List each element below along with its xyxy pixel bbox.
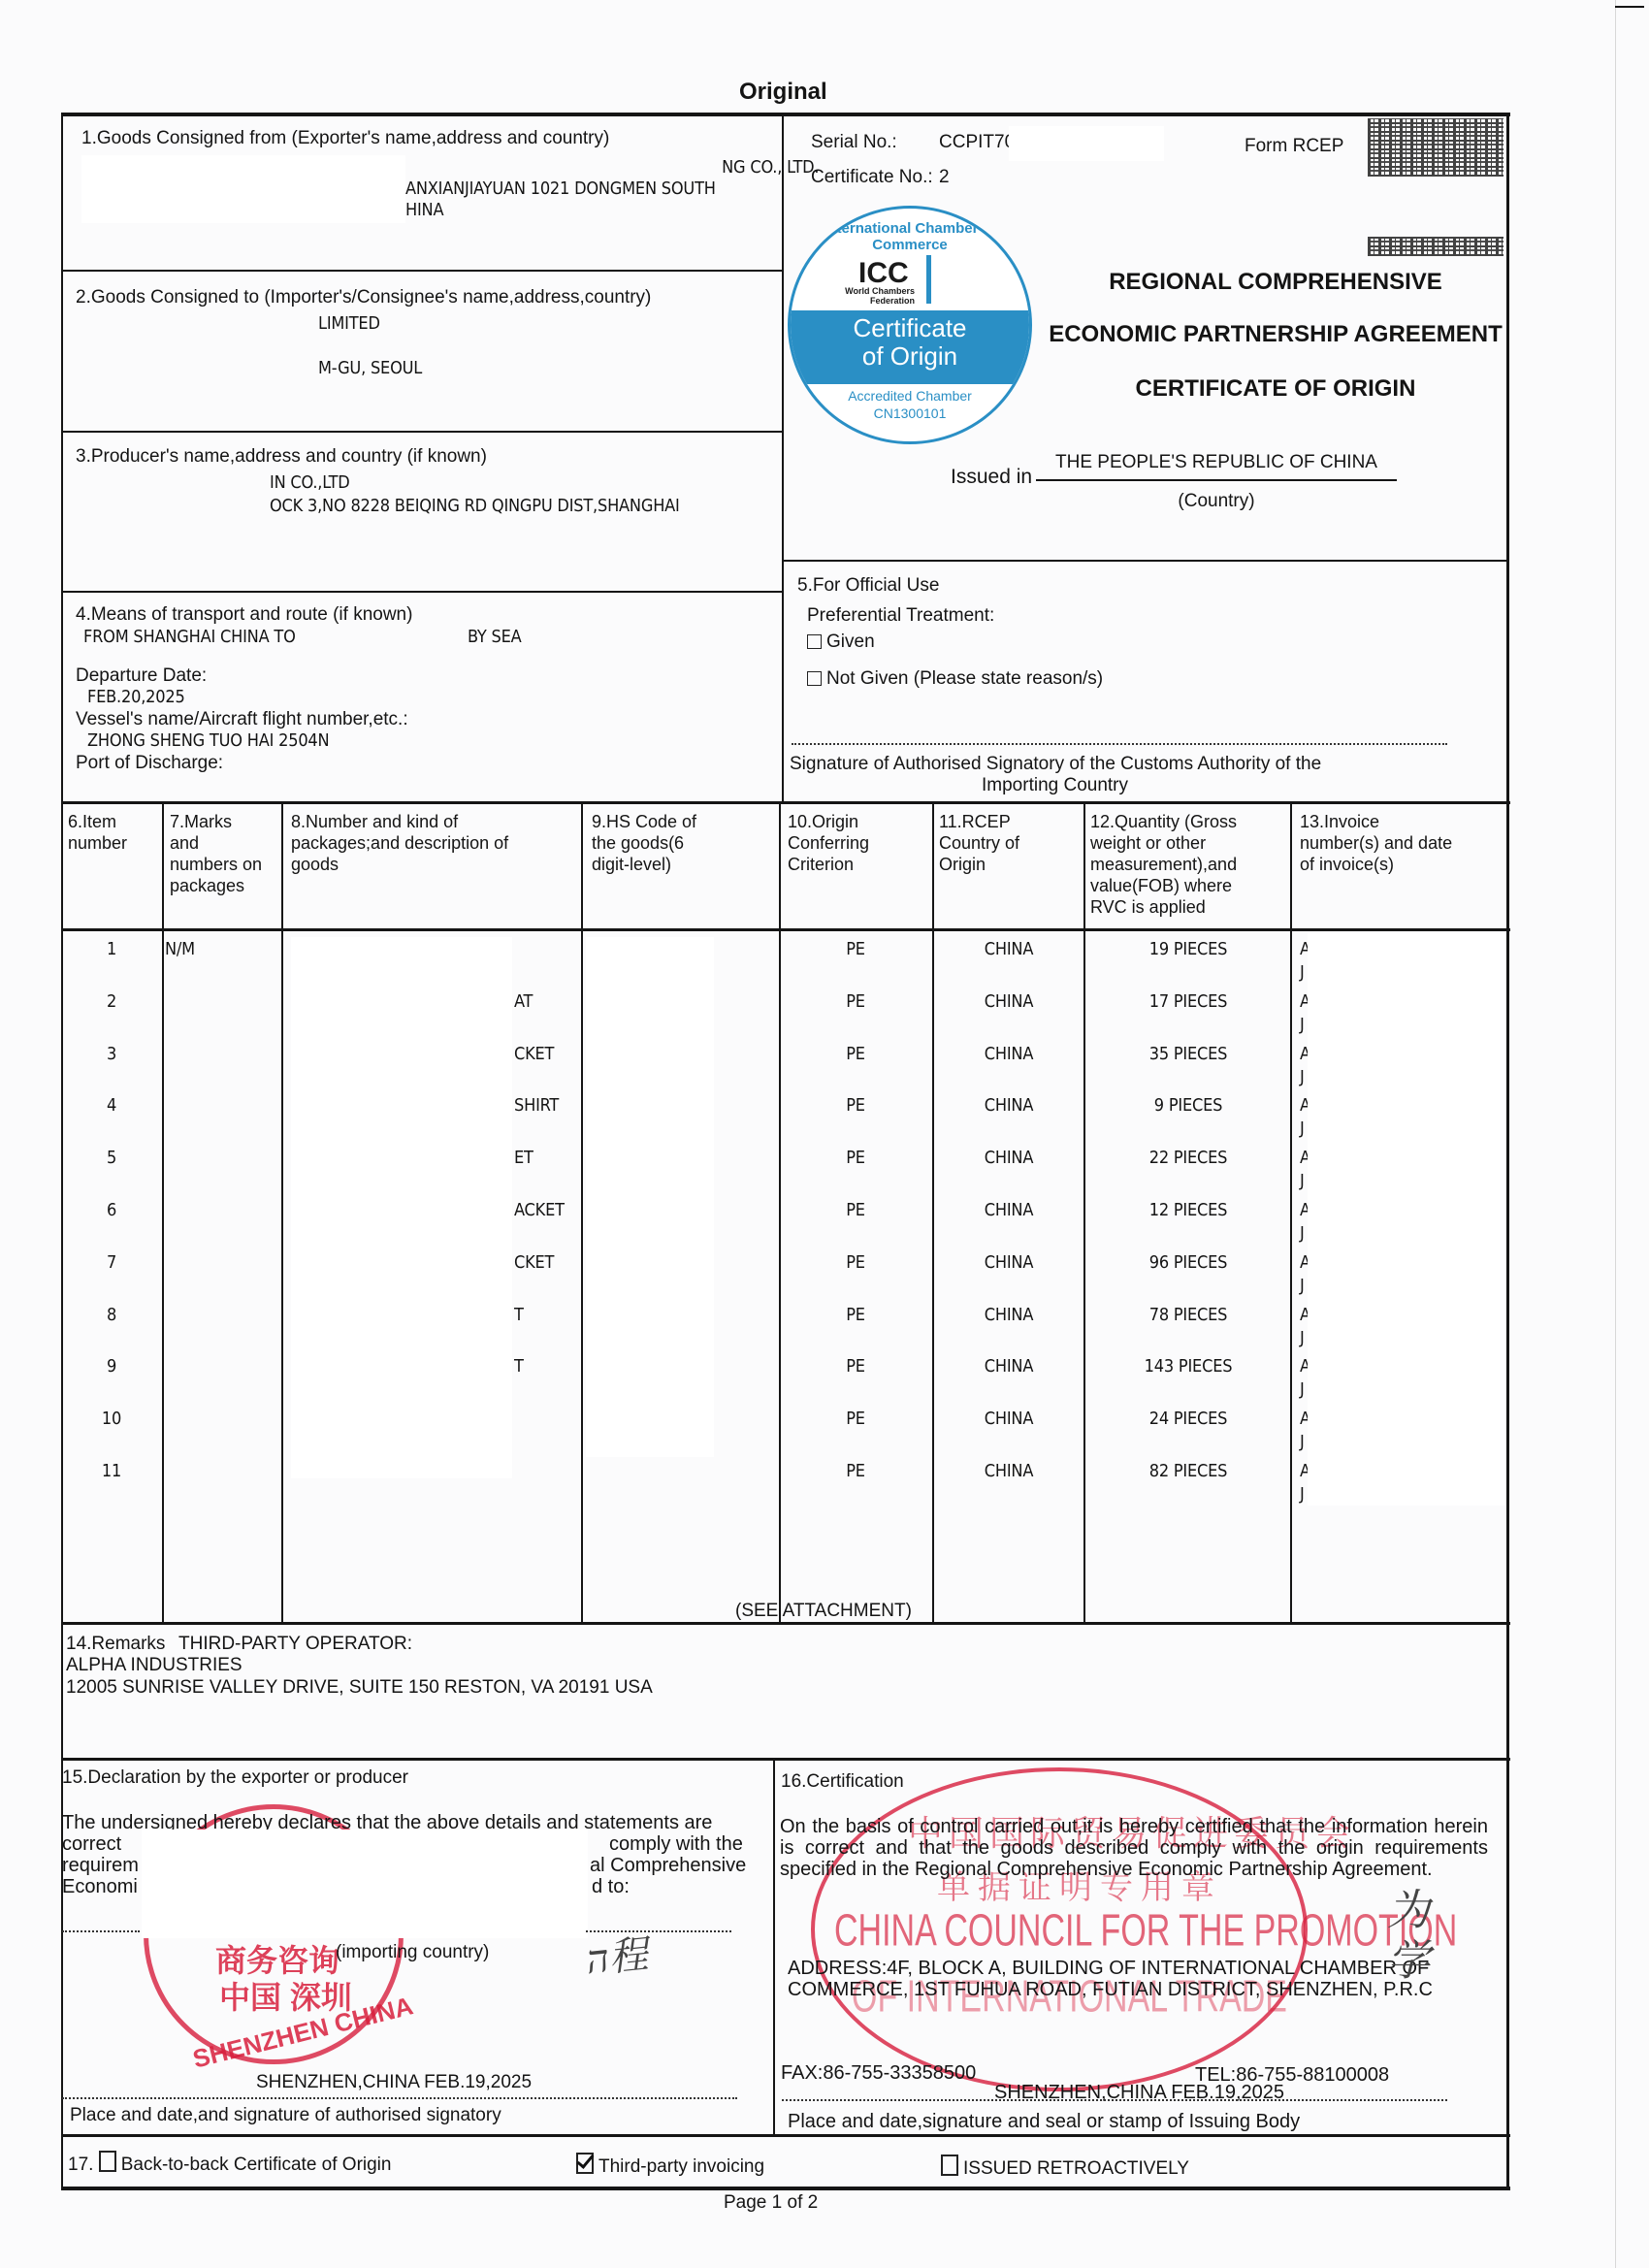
issued-in-country: THE PEOPLE'S REPUBLIC OF CHINA xyxy=(1036,452,1397,473)
redaction-declaration xyxy=(142,1830,588,1938)
issued-in-label: Issued in xyxy=(951,467,1032,488)
country-of-origin: CHINA xyxy=(980,1356,1038,1377)
description-end: CKET xyxy=(514,1252,554,1274)
retroactive-option[interactable]: ISSUED RETROACTIVELY xyxy=(941,2155,1189,2180)
third-party-checkbox[interactable] xyxy=(576,2153,594,2174)
invoice-date: J xyxy=(1300,1276,1305,1297)
country-of-origin: CHINA xyxy=(980,1044,1038,1065)
exporter-signature-caption: Place and date,and signature of authoris… xyxy=(70,2105,501,2126)
origin-criterion: PE xyxy=(836,1044,875,1065)
remarks-line-1: THIRD-PARTY OPERATOR: xyxy=(178,1634,412,1655)
column-header-line: 12.Quantity (Gross xyxy=(1090,811,1237,832)
col-line-11 xyxy=(932,801,934,1624)
scan-edge xyxy=(1615,0,1616,2268)
frame-right xyxy=(1506,113,1509,2188)
not-given-label: Not Given (Please state reason/s) xyxy=(826,668,1103,689)
issuer-fax: FAX:86-755-33358500 xyxy=(781,2062,976,2084)
back-to-back-checkbox[interactable] xyxy=(99,2151,116,2172)
qr-code-lower-icon xyxy=(1368,237,1503,256)
description-end: SHIRT xyxy=(514,1095,559,1117)
origin-criterion: PE xyxy=(836,1305,875,1326)
not-given-option[interactable]: Not Given (Please state reason/s) xyxy=(807,668,1103,690)
column-header: 9.HS Code ofthe goods(6digit-level) xyxy=(592,811,696,875)
quantity: 19 PIECES xyxy=(1135,939,1242,960)
issuer-signature: 为学 xyxy=(1387,1886,1430,1987)
given-label: Given xyxy=(826,632,875,652)
declaration-line-3a: requirem xyxy=(62,1855,139,1876)
invoice-date: J xyxy=(1300,1223,1305,1245)
column-header-line: numbers on xyxy=(170,854,262,875)
issuer-signature-caption: Place and date,signature and seal or sta… xyxy=(788,2111,1300,2132)
description-end: AT xyxy=(514,991,533,1013)
column-header-line: 10.Origin xyxy=(788,811,869,832)
remarks-line-2: ALPHA INDUSTRIES xyxy=(66,1655,242,1676)
country-of-origin: CHINA xyxy=(980,1461,1038,1482)
item-number: 4 xyxy=(97,1095,126,1117)
quantity: 24 PIECES xyxy=(1135,1409,1242,1430)
column-header-line: 7.Marks xyxy=(170,811,262,832)
quantity: 22 PIECES xyxy=(1135,1148,1242,1169)
redaction-serial xyxy=(1009,126,1164,161)
item-number: 7 xyxy=(97,1252,126,1274)
divider-16-17 xyxy=(61,2134,1510,2137)
column-header-line: number(s) and date xyxy=(1300,832,1452,854)
invoice-date: J xyxy=(1300,1432,1305,1453)
column-header: 10.OriginConferringCriterion xyxy=(788,811,869,875)
customs-signature-line xyxy=(792,743,1447,745)
form-type: Form RCEP xyxy=(1245,136,1343,157)
column-header-line: Country of xyxy=(939,832,1019,854)
column-header-line: 6.Item xyxy=(68,811,127,832)
quantity: 143 PIECES xyxy=(1135,1356,1242,1377)
given-checkbox[interactable] xyxy=(807,634,822,649)
exporter-signature-line xyxy=(62,2097,737,2099)
item-number: 6 xyxy=(97,1200,126,1221)
table-header-border xyxy=(61,928,1510,931)
item-number: 10 xyxy=(97,1409,126,1430)
item-number: 2 xyxy=(97,991,126,1013)
column-header-line: packages;and description of xyxy=(291,832,508,854)
column-header-line: RVC is applied xyxy=(1090,896,1237,918)
col-line-10 xyxy=(779,801,781,1624)
column-header-line: 8.Number and kind of xyxy=(291,811,508,832)
quantity: 9 PIECES xyxy=(1135,1095,1242,1117)
title-line-2: ECONOMIC PARTNERSHIP AGREEMENT xyxy=(1048,324,1503,345)
icc-certificate-seal: International Chamber of Commerce ICC Wo… xyxy=(788,206,1032,444)
divider-cert-5 xyxy=(782,560,1509,562)
declaration-line-2b: comply with the xyxy=(609,1833,743,1855)
divider-2-3 xyxy=(61,431,783,433)
box5-label: 5.For Official Use xyxy=(797,575,939,597)
origin-criterion: PE xyxy=(836,1148,875,1169)
consignee-name: LIMITED xyxy=(318,313,380,335)
box2-label: 2.Goods Consigned to (Importer's/Consign… xyxy=(76,287,651,308)
origin-criterion: PE xyxy=(836,939,875,960)
customs-signature-caption-1: Signature of Authorised Signatory of the… xyxy=(790,754,1321,775)
divider-1-2 xyxy=(61,270,783,272)
box16-label: 16.Certification xyxy=(781,1771,904,1793)
column-header: 8.Number and kind ofpackages;and descrip… xyxy=(291,811,508,875)
route-by: BY SEA xyxy=(468,627,522,648)
exporter-signature: ה程 xyxy=(583,1924,650,1985)
issuer-address: ADDRESS:4F, BLOCK A, BUILDING OF INTERNA… xyxy=(788,1958,1486,2000)
exporter-country: HINA xyxy=(405,200,443,221)
description-end: ET xyxy=(514,1148,533,1169)
remarks-line-3: 12005 SUNRISE VALLEY DRIVE, SUITE 150 RE… xyxy=(66,1677,653,1699)
divider-3-4 xyxy=(61,591,783,593)
icc-accredited-text: Accredited Chamber xyxy=(791,387,1029,405)
item-number: 5 xyxy=(97,1148,126,1169)
exporter-name: NG CO., LTD. xyxy=(405,157,819,178)
back-to-back-option[interactable]: 17. Back-to-back Certificate of Origin xyxy=(68,2151,391,2176)
column-header-line: goods xyxy=(291,854,508,875)
column-header-line: 9.HS Code of xyxy=(592,811,696,832)
document-header-original: Original xyxy=(739,81,827,103)
vessel-value: ZHONG SHENG TUO HAI 2504N xyxy=(87,730,329,752)
column-header-line: measurement),and xyxy=(1090,854,1237,875)
column-header: 13.Invoicenumber(s) and dateof invoice(s… xyxy=(1300,811,1452,875)
declaration-line-3b: al Comprehensive xyxy=(590,1855,746,1876)
redaction-exporter xyxy=(81,155,405,223)
title-line-3: CERTIFICATE OF ORIGIN xyxy=(1048,378,1503,400)
divider-table-14 xyxy=(61,1622,1510,1625)
redaction-hs-codes xyxy=(586,937,714,1457)
item-number: 11 xyxy=(97,1461,126,1482)
vessel-label: Vessel's name/Aircraft flight number,etc… xyxy=(76,709,408,730)
country-of-origin: CHINA xyxy=(980,1148,1038,1169)
box17-number: 17. xyxy=(68,2155,93,2175)
exporter-place-date: SHENZHEN,CHINA FEB.19,2025 xyxy=(256,2072,532,2093)
column-header-line: Origin xyxy=(939,854,1019,875)
customs-signature-caption-2: Importing Country xyxy=(982,775,1128,796)
column-header-line: value(FOB) where xyxy=(1090,875,1237,896)
country-of-origin: CHINA xyxy=(980,939,1038,960)
port-label: Port of Discharge: xyxy=(76,753,223,774)
icc-logo-icon xyxy=(926,255,970,304)
col-line-13 xyxy=(1290,801,1292,1624)
invoice-date: J xyxy=(1300,1171,1305,1192)
column-header: 7.Marksandnumbers onpackages xyxy=(170,811,262,896)
quantity: 78 PIECES xyxy=(1135,1305,1242,1326)
frame-top xyxy=(61,113,1510,116)
given-option[interactable]: Given xyxy=(807,632,875,653)
divider-15-16 xyxy=(773,1758,775,2136)
certification-text: On the basis of control carried out,it i… xyxy=(780,1816,1488,1880)
item-number: 8 xyxy=(97,1305,126,1326)
invoice-date: J xyxy=(1300,1067,1305,1088)
invoice-date: J xyxy=(1300,1484,1305,1506)
origin-criterion: PE xyxy=(836,1095,875,1117)
item-number: 9 xyxy=(97,1356,126,1377)
description-end: T xyxy=(514,1356,524,1377)
country-of-origin: CHINA xyxy=(980,1305,1038,1326)
column-header: 12.Quantity (Grossweight or othermeasure… xyxy=(1090,811,1237,918)
not-given-checkbox[interactable] xyxy=(807,671,822,686)
cert-no-value: 2 xyxy=(939,167,950,188)
icc-wcf-text: World Chambers Federation xyxy=(837,286,915,306)
consignee-address: M-GU, SEOUL xyxy=(318,358,422,379)
column-header-line: number xyxy=(68,832,127,854)
description-end: T xyxy=(514,1305,524,1326)
importing-country-caption: (importing country) xyxy=(336,1942,489,1963)
column-header: 11.RCEPCountry ofOrigin xyxy=(939,811,1019,875)
country-of-origin: CHINA xyxy=(980,1409,1038,1430)
exporter-address: ANXIANJIAYUAN 1021 DONGMEN SOUTH xyxy=(405,178,716,200)
retroactive-label: ISSUED RETROACTIVELY xyxy=(963,2158,1189,2179)
column-header-line: and xyxy=(170,832,262,854)
remarks-label: 14.Remarks xyxy=(66,1634,165,1655)
third-party-label: Third-party invoicing xyxy=(598,2156,764,2177)
country-of-origin: CHINA xyxy=(980,1200,1038,1221)
col-line-7 xyxy=(162,801,164,1624)
col-line-12 xyxy=(1083,801,1085,1624)
column-header-line: 11.RCEP xyxy=(939,811,1019,832)
quantity: 82 PIECES xyxy=(1135,1461,1242,1482)
box1-label: 1.Goods Consigned from (Exporter's name,… xyxy=(81,128,609,149)
invoice-date: J xyxy=(1300,1379,1305,1401)
column-header: 6.Itemnumber xyxy=(68,811,127,854)
redaction-descriptions xyxy=(291,937,512,1478)
producer-address: OCK 3,NO 8228 BEIQING RD QINGPU DIST,SHA… xyxy=(270,496,680,517)
third-party-option[interactable]: Third-party invoicing xyxy=(576,2153,764,2178)
quantity: 12 PIECES xyxy=(1135,1200,1242,1221)
item-number: 3 xyxy=(97,1044,126,1065)
origin-criterion: PE xyxy=(836,1461,875,1482)
quantity: 17 PIECES xyxy=(1135,991,1242,1013)
issuer-signature-line xyxy=(782,2099,1447,2101)
box15-label: 15.Declaration by the exporter or produc… xyxy=(62,1767,408,1789)
column-header-line: weight or other xyxy=(1090,832,1237,854)
column-header-line: Criterion xyxy=(788,854,869,875)
description-end: ACKET xyxy=(514,1200,565,1221)
qr-code-icon xyxy=(1368,118,1503,177)
issued-in-underline xyxy=(1036,479,1397,481)
back-to-back-label: Back-to-back Certificate of Origin xyxy=(121,2155,392,2175)
country-of-origin: CHINA xyxy=(980,1252,1038,1274)
importing-country-line-left xyxy=(62,1930,140,1932)
divider-middle xyxy=(782,113,784,803)
divider-14-15 xyxy=(61,1758,1510,1761)
country-caption: (Country) xyxy=(1036,491,1397,512)
icc-accredited-code: CN1300101 xyxy=(791,405,1029,422)
col-line-8 xyxy=(281,801,283,1624)
serial-label: Serial No.: xyxy=(811,132,897,153)
icc-band-line1: Certificate xyxy=(791,314,1029,342)
see-attachment: (SEE ATTACHMENT) xyxy=(735,1601,912,1622)
origin-criterion: PE xyxy=(836,1252,875,1274)
pref-treatment-label: Preferential Treatment: xyxy=(807,605,994,627)
declaration-line-2a: correct xyxy=(62,1833,121,1855)
icc-band: Certificate of Origin xyxy=(791,310,1029,384)
country-of-origin: CHINA xyxy=(980,991,1038,1013)
serial-value: CCPIT70 xyxy=(939,132,1015,153)
icc-accredited: Accredited Chamber CN1300101 xyxy=(791,387,1029,422)
invoice-date: J xyxy=(1300,1118,1305,1140)
origin-criterion: PE xyxy=(836,991,875,1013)
column-header-line: of invoice(s) xyxy=(1300,854,1452,875)
departure-value: FEB.20,2025 xyxy=(87,687,185,708)
origin-criterion: PE xyxy=(836,1356,875,1377)
departure-label: Departure Date: xyxy=(76,665,207,687)
item-number: 1 xyxy=(97,939,126,960)
column-header-line: Conferring xyxy=(788,832,869,854)
invoice-date: J xyxy=(1300,1328,1305,1349)
column-header-line: digit-level) xyxy=(592,854,696,875)
producer-name: IN CO.,LTD xyxy=(270,472,350,494)
description-end: CKET xyxy=(514,1044,554,1065)
column-header-line: the goods(6 xyxy=(592,832,696,854)
declaration-line-4b: d to: xyxy=(592,1876,630,1897)
origin-criterion: PE xyxy=(836,1409,875,1430)
declaration-line-4a: Economi xyxy=(62,1876,138,1897)
country-of-origin: CHINA xyxy=(980,1095,1038,1117)
frame-bottom xyxy=(61,2187,1510,2190)
ccpit-seal-en-1: CHINA COUNCIL FOR THE PROMOTION xyxy=(834,1906,1457,1958)
col-line-9 xyxy=(581,801,583,1624)
scan-edge-mark xyxy=(1615,6,1644,8)
page-indicator: Page 1 of 2 xyxy=(724,2192,818,2214)
route-from: FROM SHANGHAI CHINA TO xyxy=(83,627,296,648)
retroactive-checkbox[interactable] xyxy=(941,2155,958,2176)
column-header-line: 13.Invoice xyxy=(1300,811,1452,832)
redaction-invoices xyxy=(1308,933,1505,1506)
column-header-line: packages xyxy=(170,875,262,896)
quantity: 35 PIECES xyxy=(1135,1044,1242,1065)
quantity: 96 PIECES xyxy=(1135,1252,1242,1274)
title-line-1: REGIONAL COMPREHENSIVE xyxy=(1048,272,1503,293)
box4-label: 4.Means of transport and route (if known… xyxy=(76,604,412,626)
marks: N/M xyxy=(165,939,195,960)
box3-label: 3.Producer's name,address and country (i… xyxy=(76,446,487,468)
icc-band-line2: of Origin xyxy=(791,342,1029,371)
icc-ring-text: International Chamber of Commerce xyxy=(791,220,1029,253)
invoice-date: J xyxy=(1300,962,1305,984)
table-top-border xyxy=(61,801,1510,804)
invoice-date: J xyxy=(1300,1015,1305,1036)
cert-no-label: Certificate No.: xyxy=(811,167,933,188)
icc-logo-text: ICC xyxy=(858,257,909,290)
origin-criterion: PE xyxy=(836,1200,875,1221)
